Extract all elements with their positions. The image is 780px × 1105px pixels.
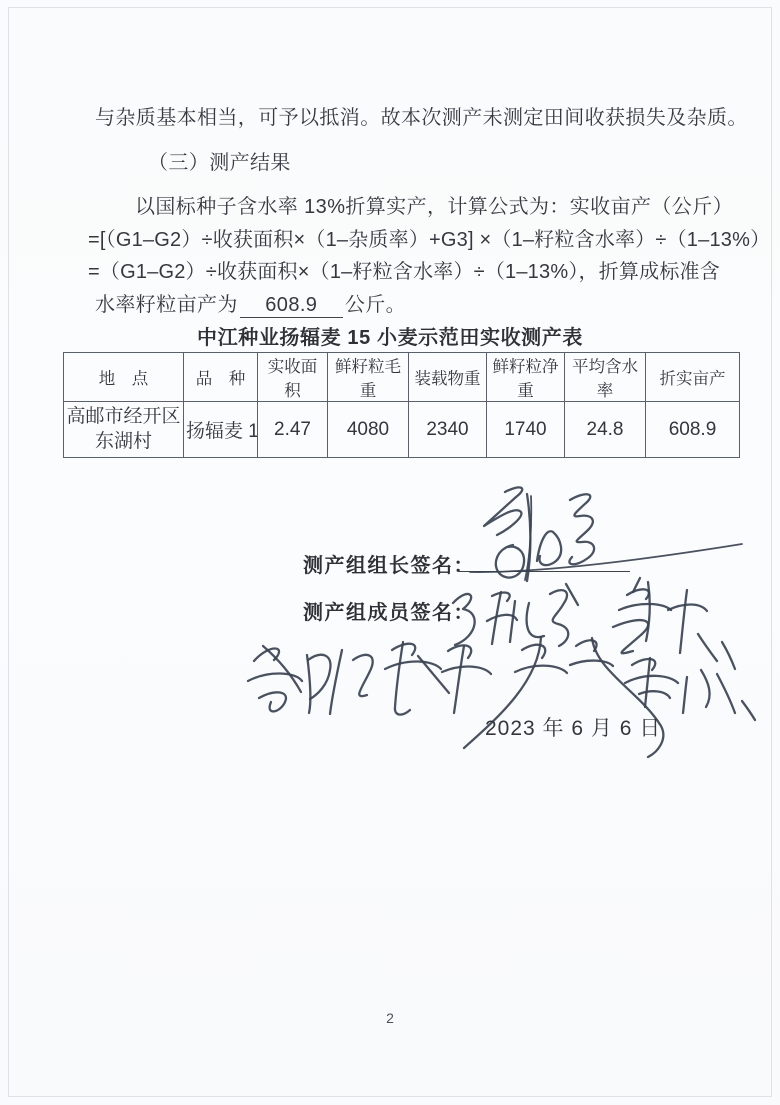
leader-signature-label: 测产组组长签名： xyxy=(303,549,475,578)
yield-prefix: 水率籽粒亩产为 xyxy=(95,294,238,316)
cell-variety: 扬辐麦 15 xyxy=(184,402,258,458)
leader-signature-underline xyxy=(458,552,630,572)
cell-avg-moisture: 24.8 xyxy=(565,402,646,458)
formula-line-1: =[（G1–G2）÷收获面积×（1–杂质率）+G3] ×（1–籽粒含水率）÷（1… xyxy=(88,223,770,252)
col-header-fresh-gross-weight: 鲜籽粒毛重 xyxy=(328,353,409,402)
col-header-load-weight: 装载物重 xyxy=(409,353,487,402)
col-header-avg-moisture: 平均含水率 xyxy=(565,353,646,402)
body-paragraph-formula-intro: 以国标种子含水率 13%折算实产，计算公式为：实收亩产（公斤） xyxy=(135,190,733,219)
cell-load-weight: 2340 xyxy=(409,402,487,458)
table-data-row: 高邮市经开区东湖村 扬辐麦 15 2.47 4080 2340 1740 24.… xyxy=(64,402,740,458)
cell-converted-yield: 608.9 xyxy=(646,402,740,458)
yield-measurement-table: 地 点 品 种 实收面积 鲜籽粒毛重 装载物重 鲜籽粒净重 平均含水率 折实亩产… xyxy=(63,352,740,458)
formula-line-2: =（G1–G2）÷收获面积×（1–籽粒含水率）÷（1–13%），折算成标准含 xyxy=(88,255,720,284)
page-number: 2 xyxy=(0,1010,780,1026)
cell-location: 高邮市经开区东湖村 xyxy=(64,402,184,458)
yield-suffix: 公斤。 xyxy=(345,294,406,316)
yield-value-underlined: 608.9 xyxy=(240,294,343,318)
cell-fresh-net-weight: 1740 xyxy=(487,402,565,458)
cell-fresh-gross-weight: 4080 xyxy=(328,402,409,458)
section-heading: （三）测产结果 xyxy=(148,146,291,175)
members-signature-label: 测产组成员签名： xyxy=(303,596,475,625)
col-header-fresh-net-weight: 鲜籽粒净重 xyxy=(487,353,565,402)
document-date: 2023 年 6 月 6 日 xyxy=(485,712,661,742)
cell-harvest-area: 2.47 xyxy=(258,402,328,458)
body-paragraph-continuation: 与杂质基本相当，可予以抵消。故本次测产未测定田间收获损失及杂质。 xyxy=(95,101,748,130)
col-header-variety: 品 种 xyxy=(184,353,258,402)
col-header-location: 地 点 xyxy=(64,353,184,402)
col-header-converted-yield: 折实亩产 xyxy=(646,353,740,402)
yield-result-line: 水率籽粒亩产为608.9公斤。 xyxy=(95,288,406,318)
col-header-harvest-area: 实收面积 xyxy=(258,353,328,402)
table-title: 中江种业扬辐麦 15 小麦示范田实收测产表 xyxy=(0,321,780,350)
table-header-row: 地 点 品 种 实收面积 鲜籽粒毛重 装载物重 鲜籽粒净重 平均含水率 折实亩产 xyxy=(64,353,740,402)
